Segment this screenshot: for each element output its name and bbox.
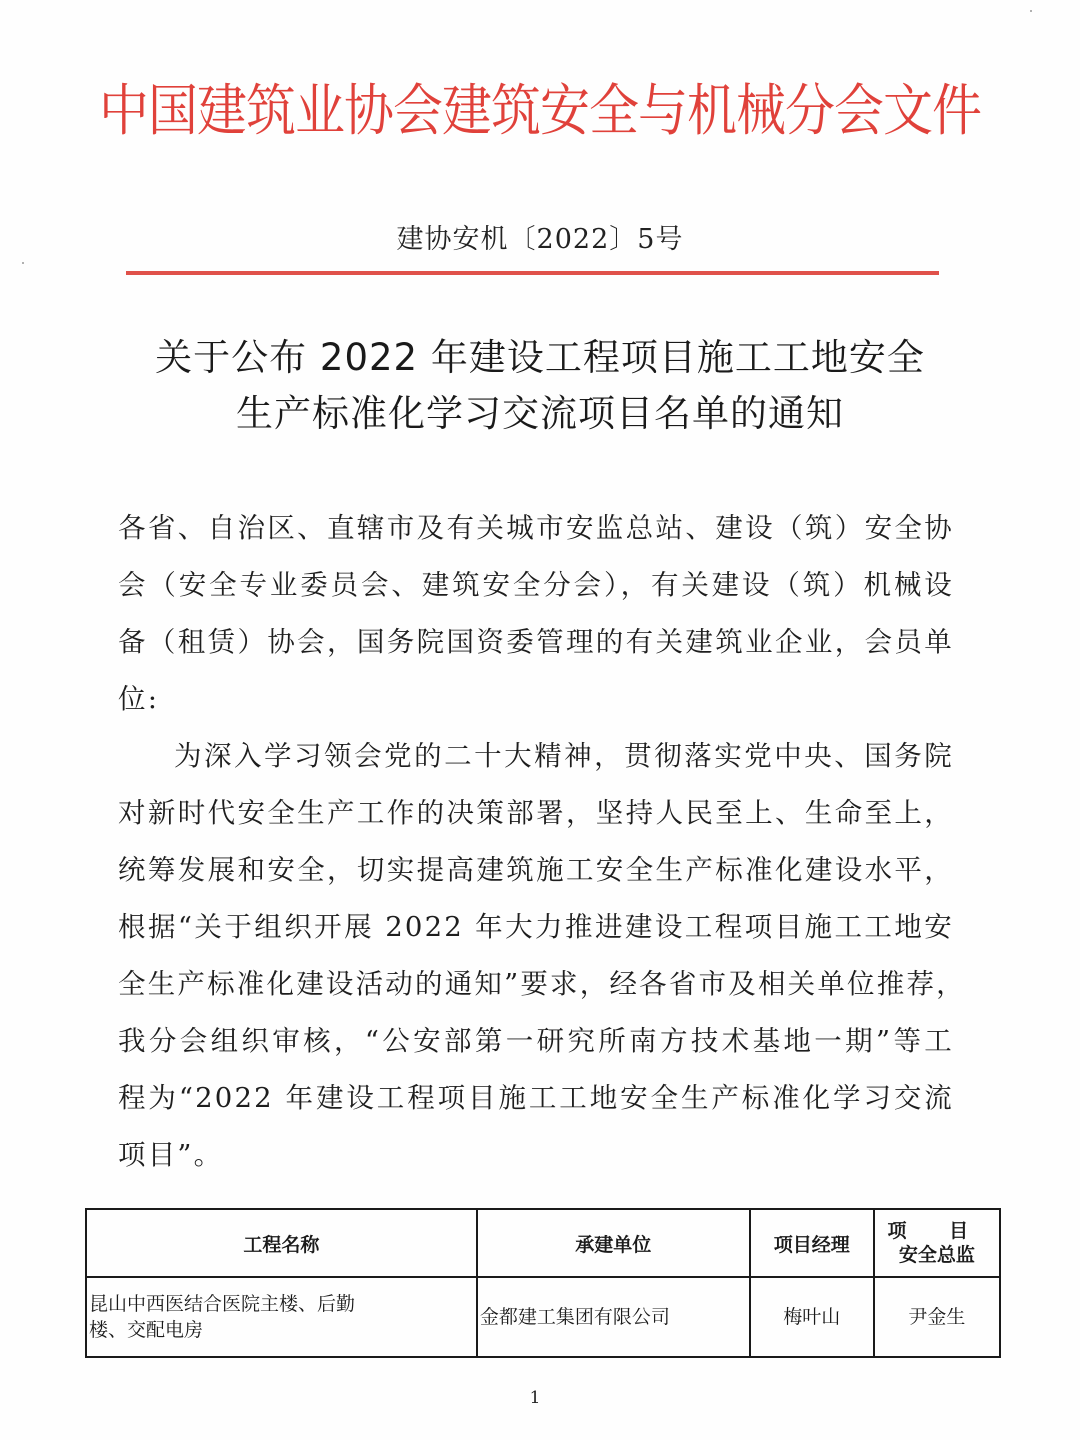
project-list-table: 工程名称 承建单位 项目经理 项 目 安全总监 昆山中西医结合医院主楼、后勤 楼… [85,1208,1001,1358]
document-number: 建协安机〔2022〕5号 [0,218,1080,262]
header-project-manager: 项目经理 [750,1209,874,1277]
body-line-2: 对新时代安全生产工作的决策部署，坚持人民至上、生命至上， [118,785,954,842]
project-name-line-1: 昆山中西医结合医院主楼、后勤 [89,1293,355,1315]
header-safety-director: 项 目 安全总监 [874,1209,1000,1277]
cell-project-manager: 梅叶山 [750,1277,874,1357]
addressee-line-3: 备（租赁）协会，国务院国资委管理的有关建筑业企业，会员单 [118,614,954,671]
header-contractor: 承建单位 [477,1209,750,1277]
addressee-line-4: 位: [118,671,954,728]
title-line-2: 生产标准化学习交流项目名单的通知 [100,386,980,442]
body-line-6: 我分会组织审核，“公安部第一研究所南方技术基地一期”等工 [118,1013,954,1070]
header-safety-director-line-1: 项 目 [888,1220,987,1242]
scan-speck [1030,10,1032,12]
body-line-5: 全生产标准化建设活动的通知”要求，经各省市及相关单位推荐， [118,956,954,1013]
cell-project-name: 昆山中西医结合医院主楼、后勤 楼、交配电房 [86,1277,477,1357]
body-line-1: 为深入学习领会党的二十大精神，贯彻落实党中央、国务院 [118,728,954,785]
document-page: 中国建筑业协会建筑安全与机械分会文件 建协安机〔2022〕5号 关于公布 202… [0,0,1080,1440]
header-safety-director-line-2: 安全总监 [899,1244,975,1266]
project-name-line-2: 楼、交配电房 [89,1319,203,1341]
table-header-row: 工程名称 承建单位 项目经理 项 目 安全总监 [86,1209,1000,1277]
header-project-name: 工程名称 [86,1209,477,1277]
cell-contractor: 金都建工集团有限公司 [477,1277,750,1357]
cell-safety-director: 尹金生 [874,1277,1000,1357]
body-line-8: 项目”。 [118,1127,954,1184]
body-line-7: 程为“2022 年建设工程项目施工工地安全生产标准化学习交流 [118,1070,954,1127]
body-line-4: 根据“关于组织开展 2022 年大力推进建设工程项目施工工地安 [118,899,954,956]
organization-letterhead: 中国建筑业协会建筑安全与机械分会文件 [0,72,1080,150]
scan-speck [22,262,24,264]
body-line-3: 统筹发展和安全，切实提高建筑施工安全生产标准化建设水平， [118,842,954,899]
red-divider-line [126,271,939,275]
page-number: 1 [0,1388,1070,1408]
table-row: 昆山中西医结合医院主楼、后勤 楼、交配电房 金都建工集团有限公司 梅叶山 尹金生 [86,1277,1000,1357]
addressee-line-2: 会（安全专业委员会、建筑安全分会），有关建设（筑）机械设 [118,557,954,614]
title-line-1: 关于公布 2022 年建设工程项目施工工地安全 [100,330,980,386]
notice-body: 各省、自治区、直辖市及有关城市安监总站、建设（筑）安全协 会（安全专业委员会、建… [118,500,954,1184]
addressee-line-1: 各省、自治区、直辖市及有关城市安监总站、建设（筑）安全协 [118,500,954,557]
notice-title: 关于公布 2022 年建设工程项目施工工地安全 生产标准化学习交流项目名单的通知 [100,330,980,442]
